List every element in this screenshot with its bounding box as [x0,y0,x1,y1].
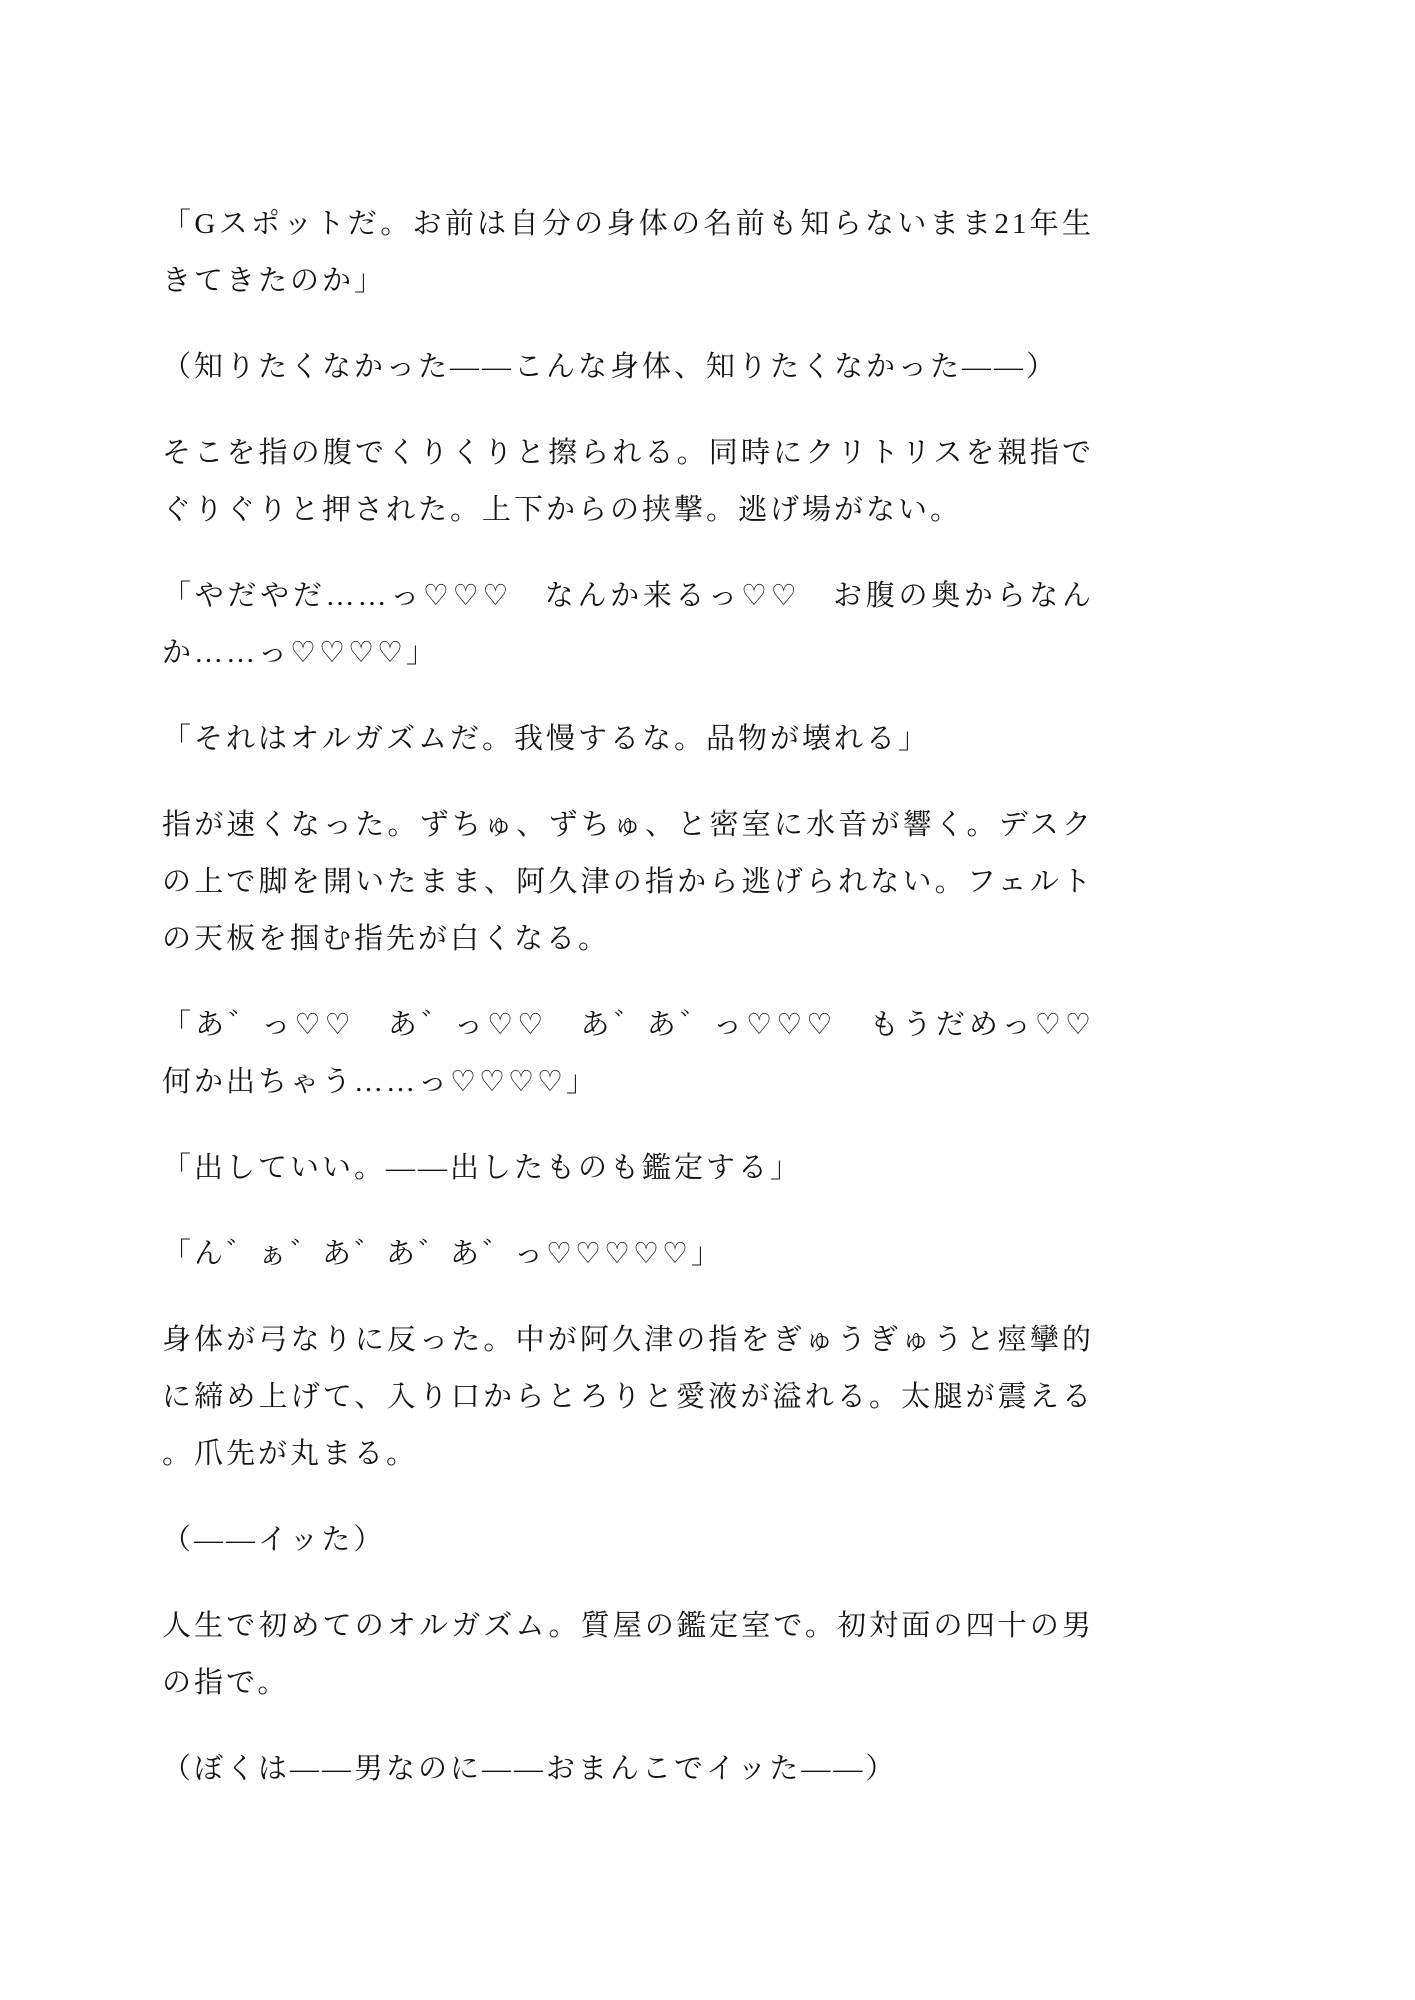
document-page: 「Gスポットだ。お前は自分の身体の名前も知らないまま21年生きてきたのか」 （知… [0,0,1415,2000]
paragraph: 「ん゛ぁ゛あ゛あ゛あ゛っ♡♡♡♡♡」 [162,1226,1094,1283]
paragraph: 人生で初めてのオルガズム。質屋の鑑定室で。初対面の四十の男の指で。 [162,1598,1094,1712]
paragraph: 「やだやだ……っ♡♡♡ なんか来るっ♡♡ お腹の奥からなんか……っ♡♡♡♡」 [162,568,1094,682]
paragraph: （——イッた） [162,1512,1094,1569]
paragraph: そこを指の腹でくりくりと擦られる。同時にクリトリスを親指でぐりぐりと押された。上… [162,425,1094,539]
paragraph: （ぼくは——男なのに——おまんこでイッた——） [162,1741,1094,1798]
paragraph: （知りたくなかった——こんな身体、知りたくなかった——） [162,339,1094,396]
paragraph: 「出していい。——出したものも鑑定する」 [162,1140,1094,1197]
paragraph: 「Gスポットだ。お前は自分の身体の名前も知らないまま21年生きてきたのか」 [162,196,1094,310]
paragraph: 指が速くなった。ずちゅ、ずちゅ、と密室に水音が響く。デスクの上で脚を開いたまま、… [162,797,1094,968]
paragraph: 「それはオルガズムだ。我慢するな。品物が壊れる」 [162,711,1094,768]
paragraph: 身体が弓なりに反った。中が阿久津の指をぎゅうぎゅうと痙攣的に締め上げて、入り口か… [162,1312,1094,1483]
text-block: 「Gスポットだ。お前は自分の身体の名前も知らないまま21年生きてきたのか」 （知… [162,196,1094,1827]
paragraph: 「あ゛っ♡♡ あ゛っ♡♡ あ゛あ゛っ♡♡♡ もうだめっ♡♡何か出ちゃう……っ♡♡… [162,997,1094,1111]
